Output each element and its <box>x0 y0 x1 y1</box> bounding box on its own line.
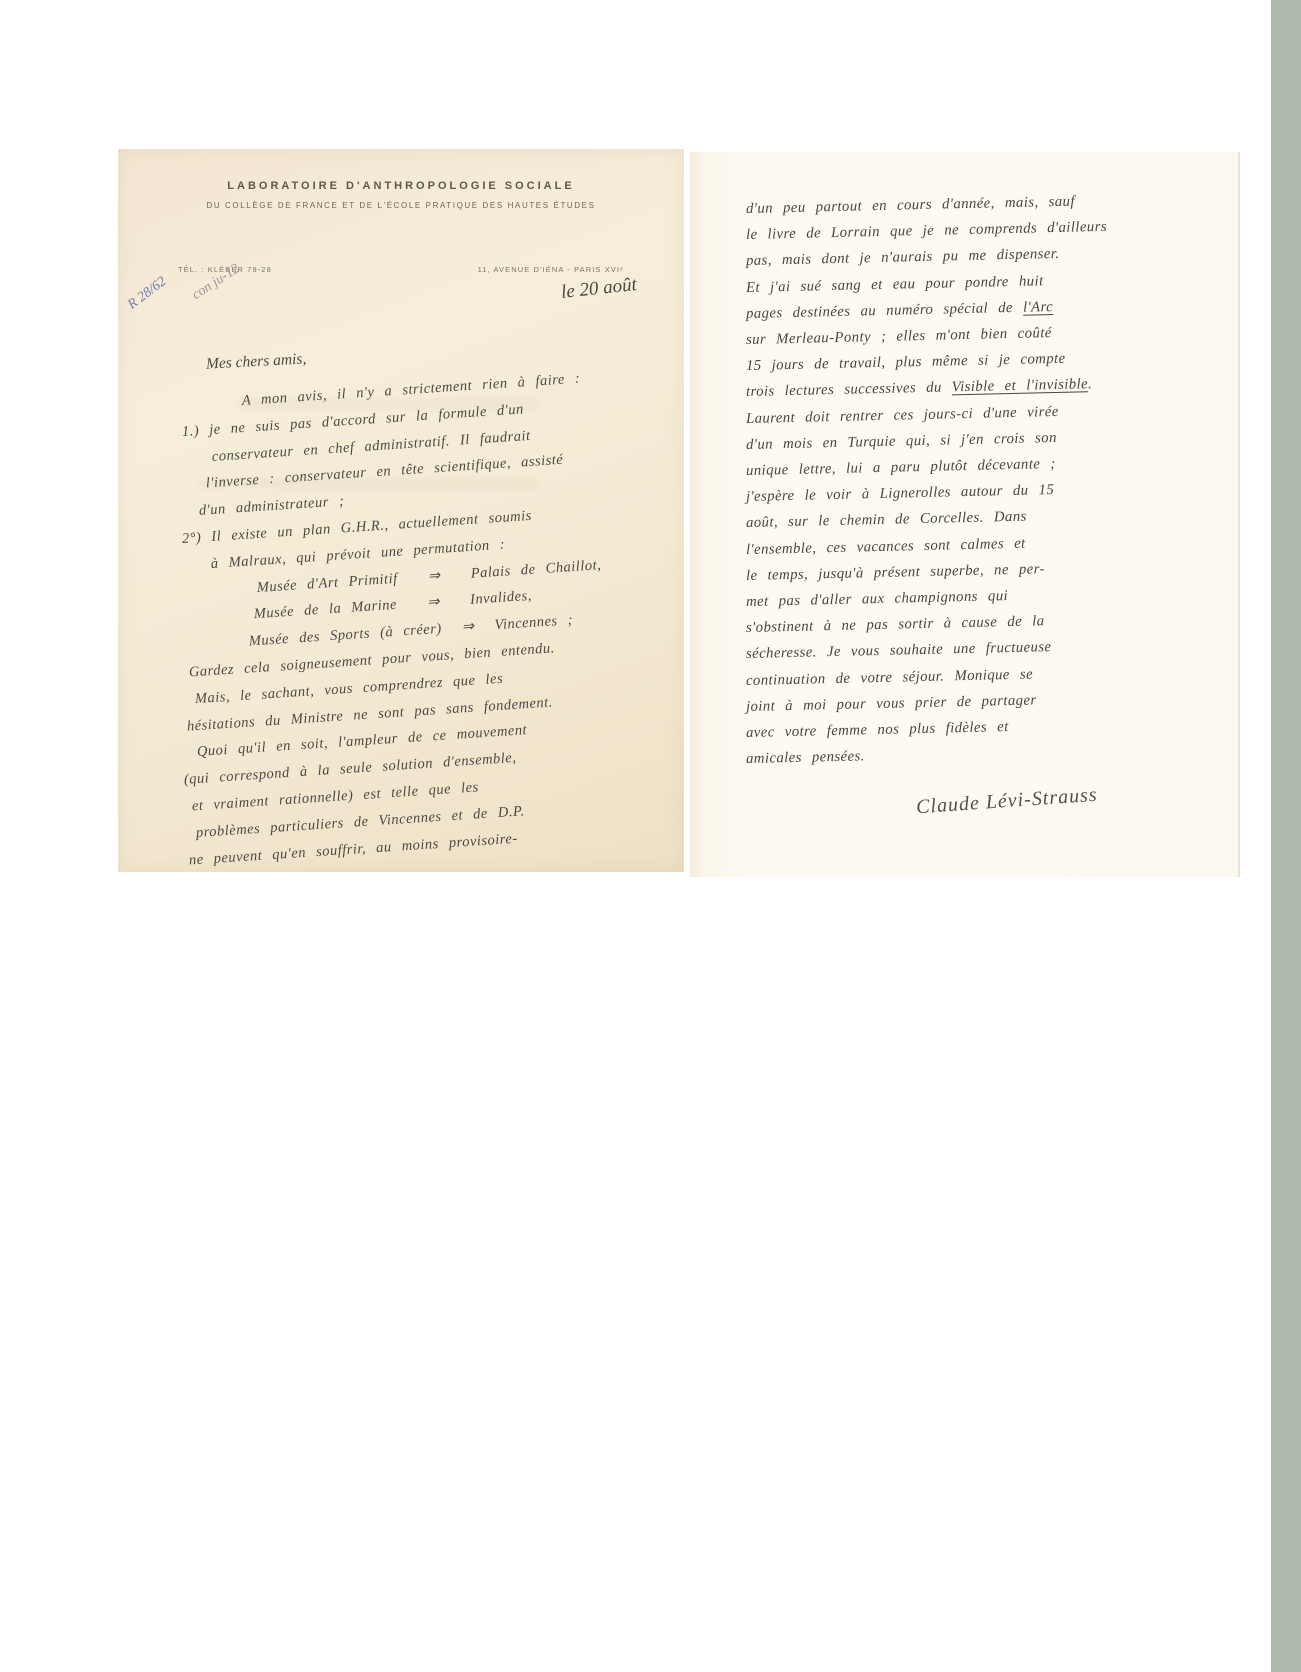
letterhead-subtitle: DU COLLÈGE DE FRANCE ET DE L'ÉCOLE PRATI… <box>118 201 684 210</box>
letterhead-title: LABORATOIRE D'ANTHROPOLOGIE SOCIALE <box>118 180 684 192</box>
scanned-letter-spread: LABORATOIRE D'ANTHROPOLOGIE SOCIALE DU C… <box>0 0 1301 1672</box>
bleed-through-mark <box>238 399 538 409</box>
archival-annotation-blue: R 28/62 <box>125 274 170 313</box>
letter-body-right: d'un peu partout en cours d'année, mais,… <box>746 196 1107 772</box>
signature: Claude Lévi-Strauss <box>915 784 1098 820</box>
letter-body-left: A mon avis, il n'y a strictement rien à … <box>182 392 602 872</box>
page-edge-strip <box>1271 0 1301 1672</box>
letter-page-right: d'un peu partout en cours d'année, mais,… <box>690 152 1240 877</box>
letter-page-left: LABORATOIRE D'ANTHROPOLOGIE SOCIALE DU C… <box>118 149 684 872</box>
handwritten-date: le 20 août <box>560 274 638 304</box>
letterhead-address: 11, AVENUE D'IÉNA - PARIS XVIᵉ <box>478 265 624 274</box>
bleed-through-mark <box>198 479 538 488</box>
salutation: Mes chers amis, <box>206 350 307 373</box>
